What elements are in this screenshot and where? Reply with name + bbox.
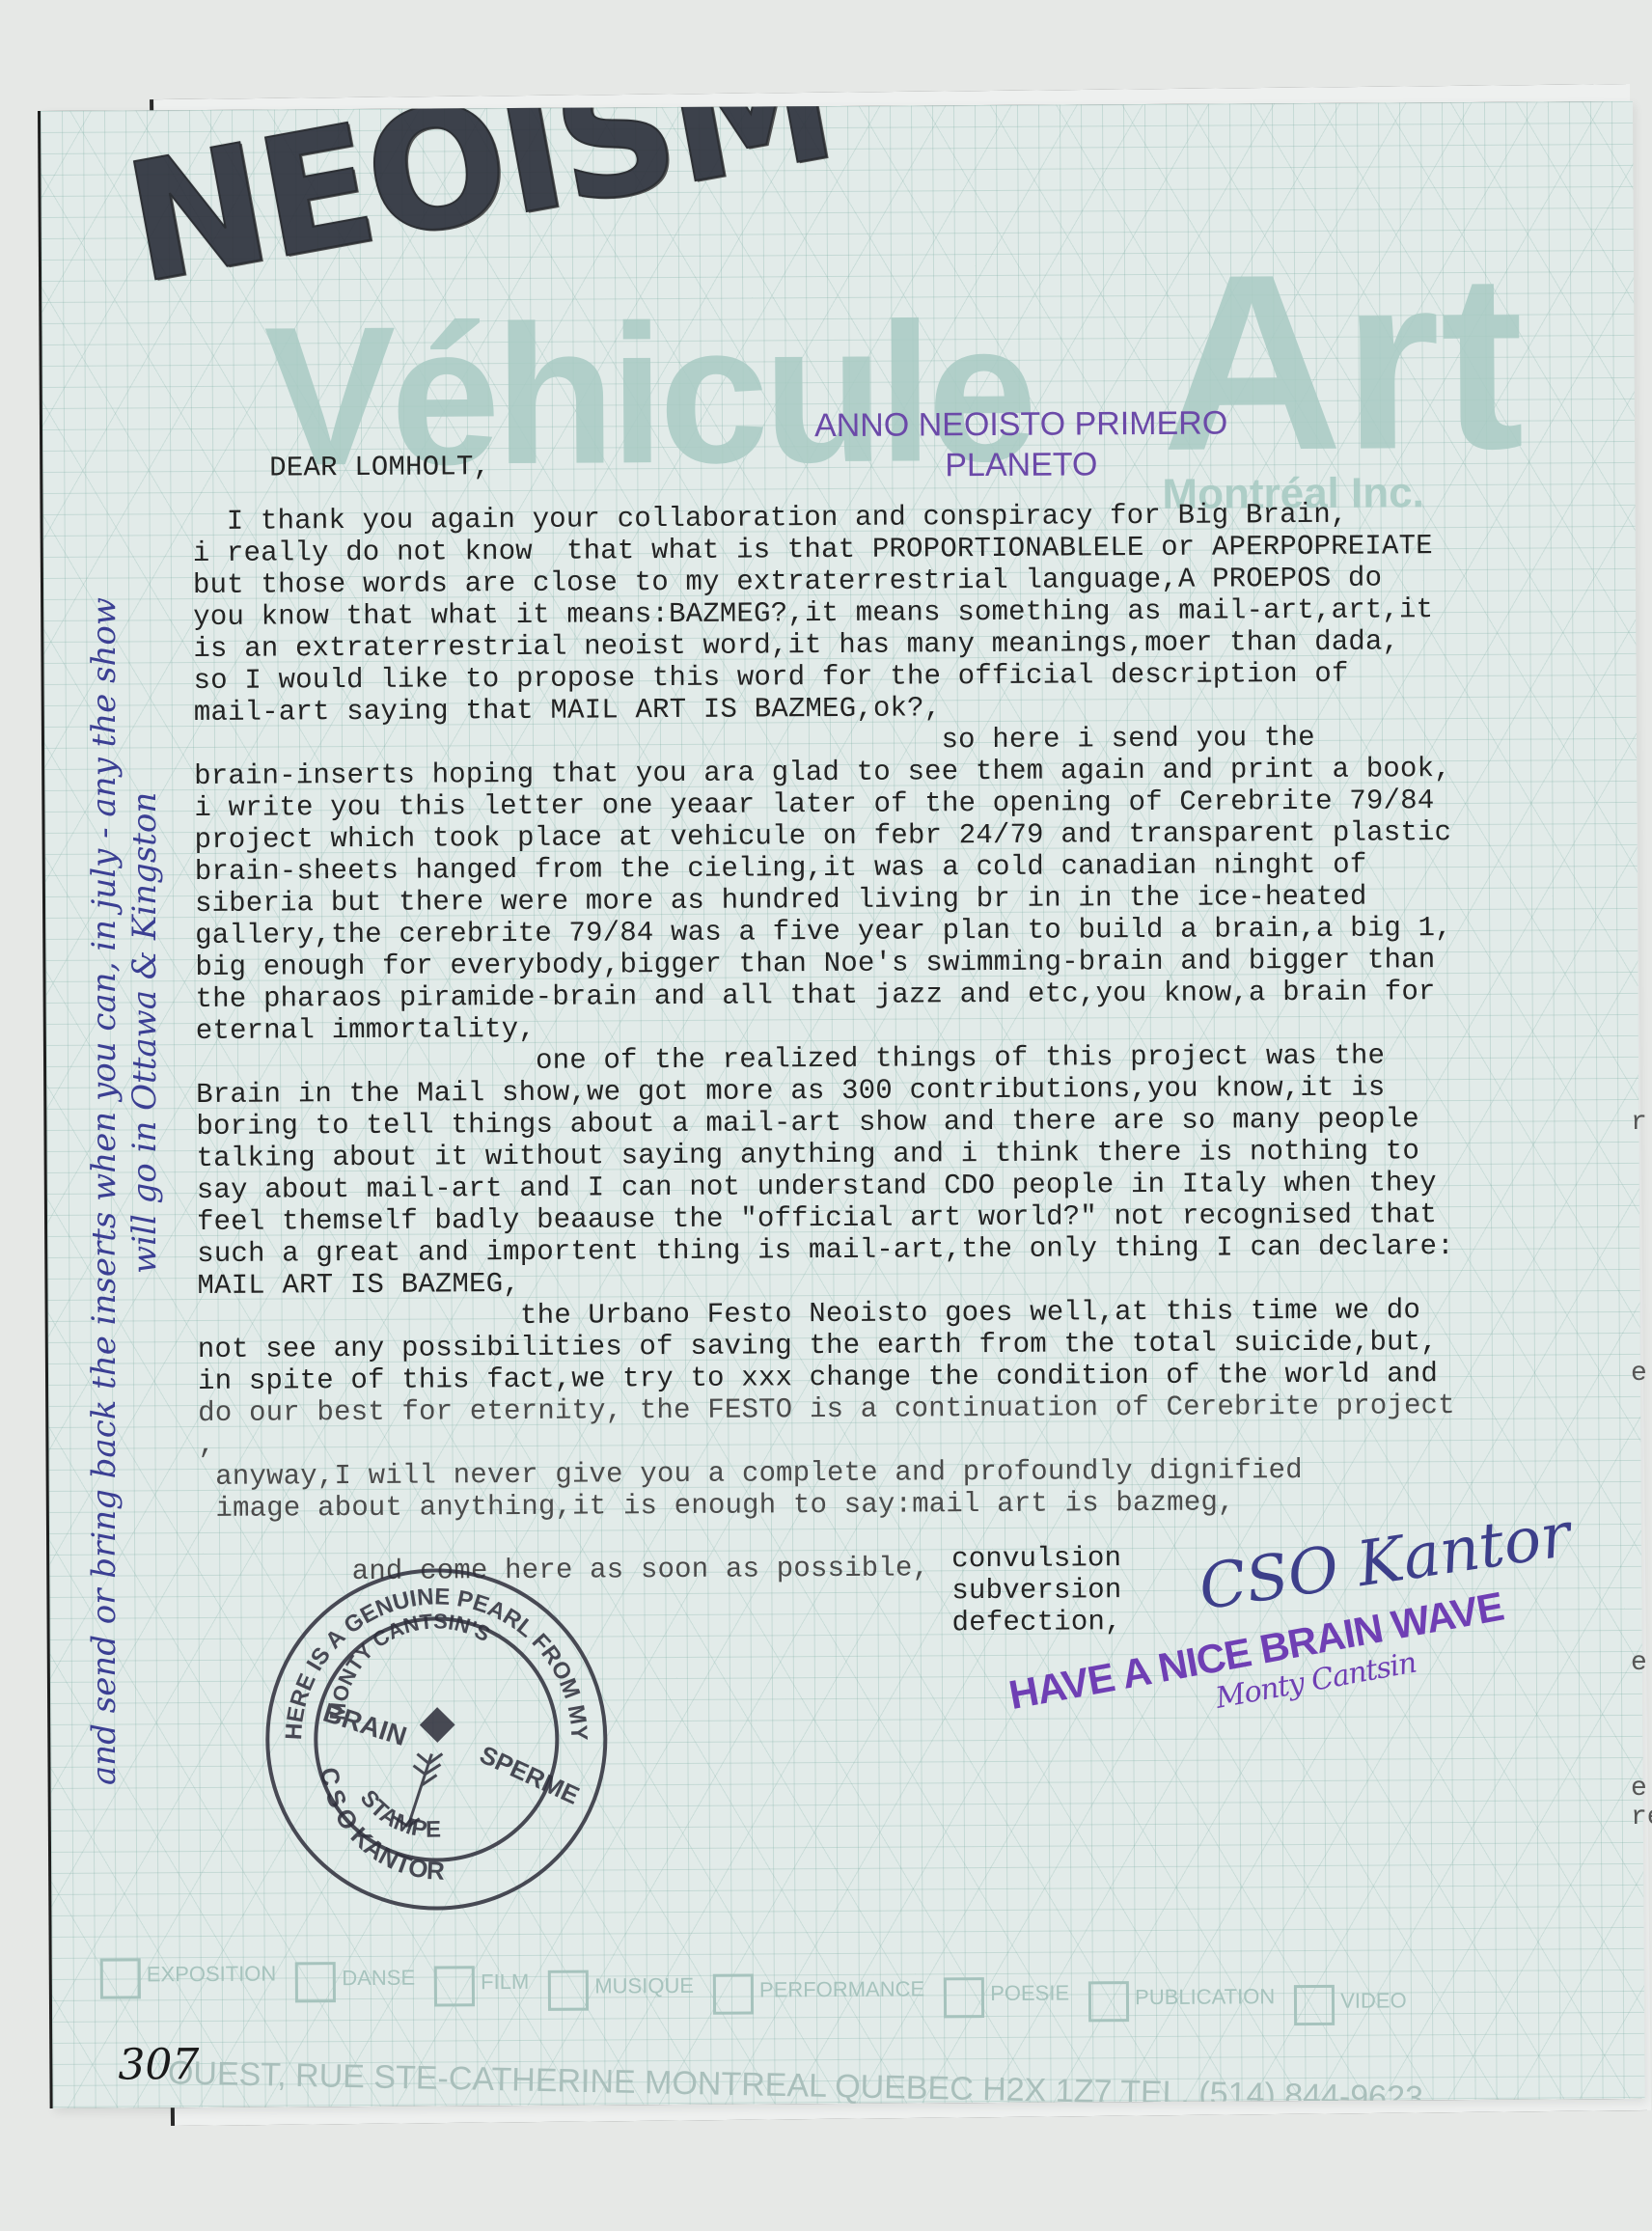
category-checkbox-musique[interactable]: MUSIQUE	[548, 1969, 713, 2011]
letter-body: I thank you again your collaboration and…	[193, 498, 1456, 1588]
category-checkbox-film[interactable]: FILM	[434, 1966, 548, 2007]
margin-note-line1: and send or bring back the inserts when …	[85, 597, 124, 1785]
edge-fragment: e	[1631, 1776, 1647, 1803]
greeting: DEAR LOMHOLT,	[269, 451, 490, 483]
checkbox-icon[interactable]	[944, 1977, 984, 2018]
edge-fragment: r	[1631, 1110, 1647, 1137]
category-checkbox-video[interactable]: VIDEO	[1294, 1984, 1426, 2025]
svg-text:BRAIN: BRAIN	[319, 1697, 410, 1751]
handwritten-street-number: 307	[118, 2040, 199, 2090]
category-checkbox-exposition[interactable]: EXPOSITION	[100, 1957, 296, 1998]
checkbox-label: PUBLICATION	[1135, 1980, 1275, 2010]
stamp-outer-ring: HERE IS A GENUINE PEARL FROM MY BRAIN TO…	[252, 1555, 592, 1743]
checkbox-icon[interactable]	[295, 1962, 336, 2002]
closing-line: convulsion	[951, 1542, 1121, 1575]
category-checkbox-performance[interactable]: PERFORMANCE	[713, 1972, 944, 2014]
edge-fragment: e	[1631, 1361, 1647, 1388]
checkbox-label: PERFORMANCE	[759, 1972, 924, 2002]
letter-sheet: Véhicule Art Montréal Inc. NEOISM ANNO N…	[41, 101, 1645, 2108]
checkbox-icon[interactable]	[434, 1966, 475, 2006]
checkbox-icon[interactable]	[713, 1974, 754, 2015]
margin-note-line2: will go in Ottawa & Kingston	[125, 792, 164, 1274]
dateline-line2: PLANETO	[814, 443, 1227, 486]
category-checkbox-poesie[interactable]: POESIE	[944, 1976, 1088, 2018]
category-checkboxes: EXPOSITIONDANSEFILMMUSIQUEPERFORMANCEPOE…	[100, 1950, 1426, 2032]
checkbox-label: DANSE	[342, 1962, 415, 1991]
round-brain-stamp: HERE IS A GENUINE PEARL FROM MY BRAIN TO…	[252, 1555, 620, 1923]
closing-line: subversion	[951, 1574, 1121, 1607]
dateline-line1: ANNO NEOISTO PRIMERO	[814, 402, 1227, 446]
edge-fragment: re	[1631, 1804, 1652, 1832]
checkbox-icon[interactable]	[100, 1958, 141, 1998]
checkbox-label: VIDEO	[1340, 1984, 1407, 2013]
checkbox-icon[interactable]	[548, 1970, 589, 2011]
closing-line: defection,	[951, 1606, 1121, 1639]
closing: convulsionsubversiondefection,	[951, 1542, 1122, 1639]
category-checkbox-publication[interactable]: PUBLICATION	[1088, 1980, 1294, 2022]
checkbox-label: EXPOSITION	[147, 1958, 277, 1988]
category-checkbox-danse[interactable]: DANSE	[295, 1962, 434, 2003]
checkbox-label: POESIE	[990, 1977, 1069, 2007]
checkbox-label: FILM	[481, 1966, 529, 1995]
edge-fragment: e	[1631, 1650, 1647, 1677]
checkbox-label: MUSIQUE	[594, 1969, 694, 1999]
checkbox-icon[interactable]	[1294, 1985, 1335, 2025]
checkbox-icon[interactable]	[1088, 1981, 1129, 2022]
svg-text:SPERME: SPERME	[476, 1740, 584, 1810]
dateline: ANNO NEOISTO PRIMERO PLANETO	[814, 402, 1228, 486]
